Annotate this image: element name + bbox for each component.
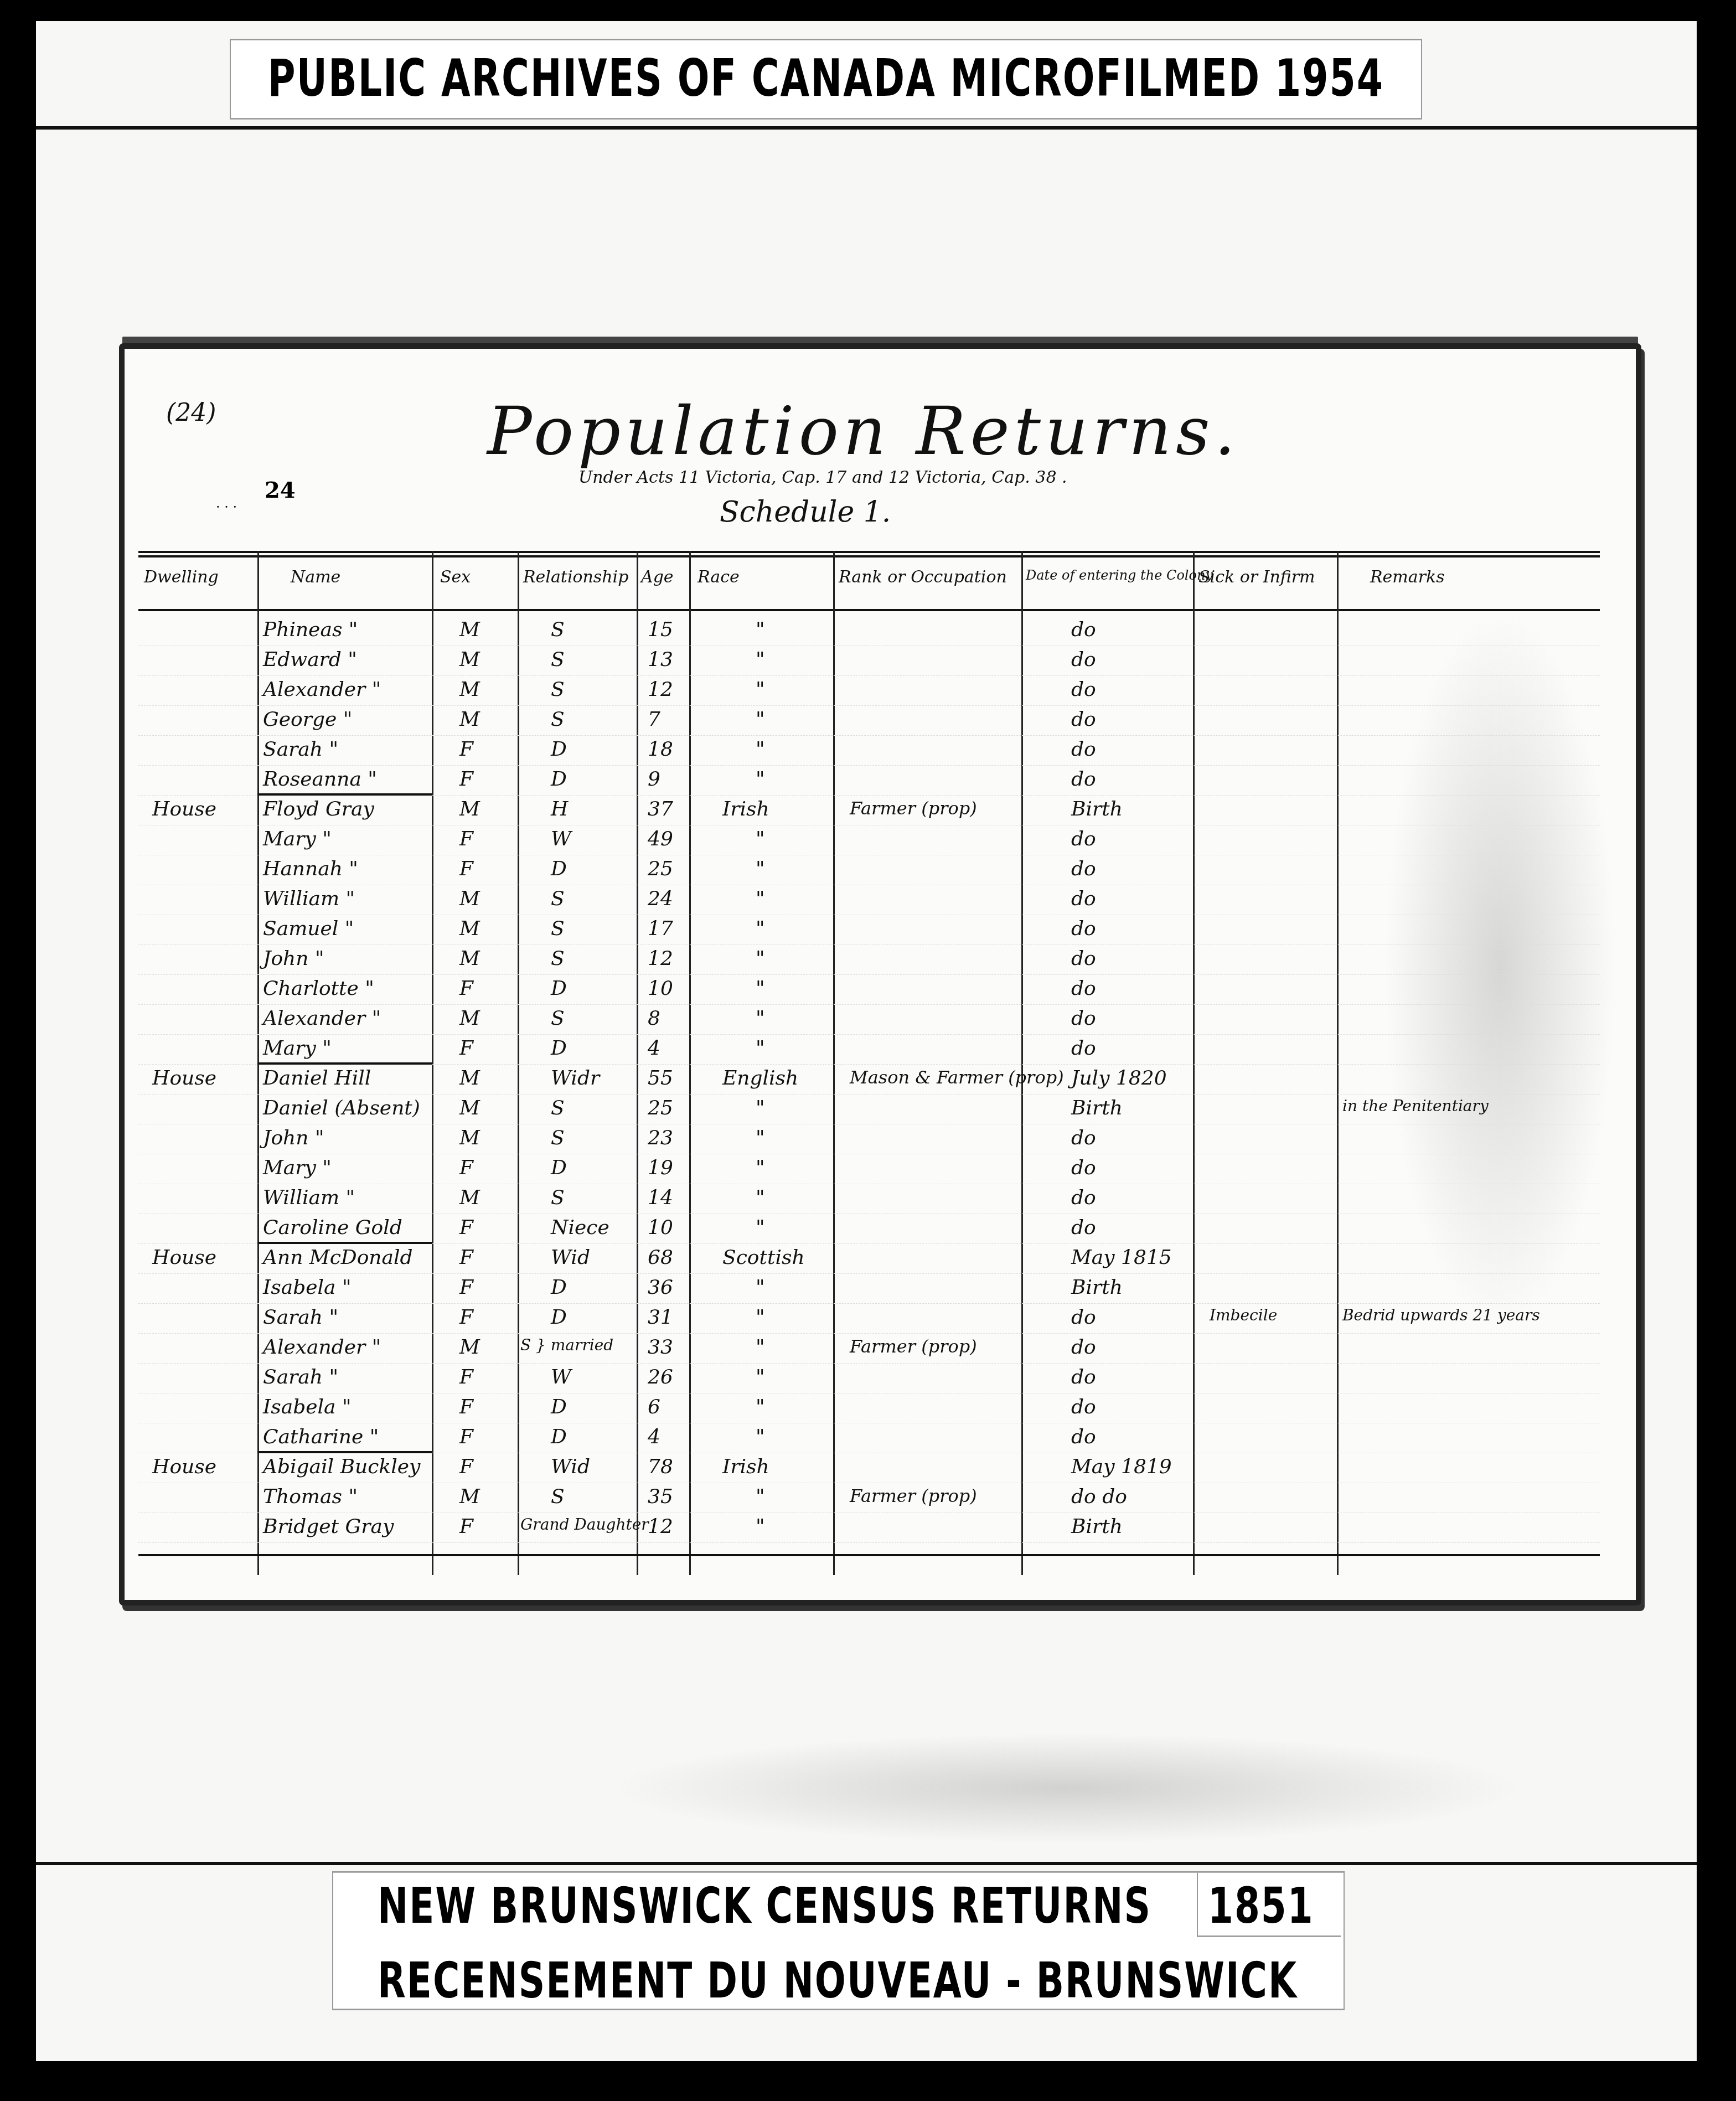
cell-name: Samuel " bbox=[263, 917, 354, 940]
table-row: Phineas "MS15"do bbox=[138, 616, 1600, 646]
cell-race: " bbox=[756, 1336, 765, 1359]
cell-sex: M bbox=[459, 1067, 480, 1090]
cell-date-entering: do bbox=[1071, 1426, 1096, 1448]
header-top-rule bbox=[138, 551, 1600, 557]
cell-sex: F bbox=[459, 858, 473, 880]
table-row: Alexander "MS12"do bbox=[138, 676, 1600, 706]
cell-race: " bbox=[756, 828, 765, 850]
cell-date-entering: do bbox=[1071, 1216, 1096, 1239]
cell-dwelling: House bbox=[152, 1455, 216, 1478]
cell-relationship: S bbox=[551, 1127, 565, 1149]
cell-relationship: W bbox=[551, 1366, 571, 1388]
cell-sex: F bbox=[459, 1396, 473, 1418]
table-row: Charlotte "FD10"do bbox=[138, 975, 1600, 1005]
column-header-remarks: Remarks bbox=[1370, 567, 1445, 587]
cell-name: Alexander " bbox=[263, 678, 381, 701]
cell-name: William " bbox=[263, 1186, 355, 1209]
cell-age: 18 bbox=[648, 738, 673, 761]
cell-name: Edward " bbox=[263, 648, 357, 671]
cell-relationship: D bbox=[551, 858, 567, 880]
cell-sex: F bbox=[459, 1306, 473, 1329]
cell-relationship: S bbox=[551, 947, 565, 970]
cell-race: " bbox=[756, 1515, 765, 1538]
cell-name: Daniel (Absent) bbox=[263, 1097, 420, 1119]
cell-name: Roseanna " bbox=[263, 768, 377, 791]
table-row: Mary "FW49"do bbox=[138, 825, 1600, 855]
cell-race: " bbox=[756, 648, 765, 671]
cell-name: John " bbox=[263, 947, 324, 970]
cell-age: 4 bbox=[648, 1426, 660, 1448]
table-row: Bridget GrayFGrand Daughter12"Birth bbox=[138, 1513, 1600, 1543]
cell-remarks: Bedrid upwards 21 years bbox=[1342, 1306, 1540, 1324]
cell-name: Caroline Gold bbox=[263, 1216, 402, 1239]
cell-race: English bbox=[722, 1067, 798, 1090]
table-row: Sarah "FD31"doImbecileBedrid upwards 21 … bbox=[138, 1304, 1600, 1334]
cell-age: 12 bbox=[648, 1515, 673, 1538]
cell-race: " bbox=[756, 1426, 765, 1448]
cell-age: 25 bbox=[648, 858, 673, 880]
cell-date-entering: do bbox=[1071, 648, 1096, 671]
header-bottom-rule bbox=[138, 609, 1600, 611]
cell-date-entering: do bbox=[1071, 678, 1096, 701]
cell-name: Alexander " bbox=[263, 1007, 381, 1030]
cell-date-entering: do bbox=[1071, 1037, 1096, 1060]
cell-age: 14 bbox=[648, 1186, 673, 1209]
cell-race: " bbox=[756, 1276, 765, 1299]
cell-date-entering: do bbox=[1071, 1186, 1096, 1209]
cell-name: Phineas " bbox=[263, 618, 358, 641]
cell-sex: M bbox=[459, 618, 480, 641]
cell-sex: M bbox=[459, 1127, 480, 1149]
table-row: Alexander "MS } married33"Farmer (prop)d… bbox=[138, 1334, 1600, 1364]
cell-relationship: D bbox=[551, 768, 567, 791]
table-row: Caroline GoldFNiece10"do bbox=[138, 1214, 1600, 1244]
cell-date-entering: do bbox=[1071, 618, 1096, 641]
cell-relationship: W bbox=[551, 828, 571, 850]
cell-age: 17 bbox=[648, 917, 673, 940]
table-row: Edward "MS13"do bbox=[138, 646, 1600, 676]
archive-banner-text: PUBLIC ARCHIVES OF CANADA MICROFILMED 19… bbox=[268, 49, 1384, 109]
cell-occupation: Mason & Farmer (prop) bbox=[850, 1067, 1064, 1088]
table-row: Mary "FD4"do bbox=[138, 1035, 1600, 1065]
cell-relationship: S bbox=[551, 678, 565, 701]
table-row: William "MS14"do bbox=[138, 1184, 1600, 1214]
cell-name: Isabela " bbox=[263, 1396, 352, 1418]
cell-sex: F bbox=[459, 1366, 473, 1388]
table-row: Hannah "FD25"do bbox=[138, 855, 1600, 885]
cell-sex: F bbox=[459, 738, 473, 761]
bottom-divider bbox=[36, 1862, 1697, 1865]
cell-race: " bbox=[756, 1186, 765, 1209]
cell-relationship: S bbox=[551, 618, 565, 641]
table-row: Samuel "MS17"do bbox=[138, 915, 1600, 945]
table-row: Catharine "FD4"do bbox=[138, 1423, 1600, 1453]
cell-date-entering: do bbox=[1071, 1127, 1096, 1149]
cell-race: " bbox=[756, 1037, 765, 1060]
cell-race: " bbox=[756, 1485, 765, 1508]
margin-dots: . . . bbox=[216, 495, 237, 511]
column-header-name: Name bbox=[291, 567, 340, 587]
cell-date-entering: Birth bbox=[1071, 1276, 1123, 1299]
cell-race: " bbox=[756, 1396, 765, 1418]
cell-age: 49 bbox=[648, 828, 673, 850]
archive-banner-bottom: NEW BRUNSWICK CENSUS RETURNS 1851 RECENS… bbox=[332, 1871, 1345, 2010]
cell-date-entering: do bbox=[1071, 887, 1096, 910]
cell-name: Mary " bbox=[263, 1157, 332, 1179]
cell-age: 9 bbox=[648, 768, 660, 791]
cell-race: " bbox=[756, 618, 765, 641]
cell-relationship: D bbox=[551, 1276, 567, 1299]
cell-sick-infirm: Imbecile bbox=[1210, 1306, 1277, 1324]
cell-sex: F bbox=[459, 1276, 473, 1299]
cell-sex: M bbox=[459, 917, 480, 940]
cell-relationship: S bbox=[551, 1007, 565, 1030]
cell-sex: F bbox=[459, 1455, 473, 1478]
census-table: DwellingNameSexRelationshipAgeRaceRank o… bbox=[138, 551, 1600, 1575]
cell-race: " bbox=[756, 1366, 765, 1388]
page-number-printed: 24 bbox=[265, 477, 296, 503]
cell-relationship: D bbox=[551, 1396, 567, 1418]
cell-name: Sarah " bbox=[263, 1306, 338, 1329]
cell-race: " bbox=[756, 678, 765, 701]
cell-date-entering: do bbox=[1071, 858, 1096, 880]
cell-date-entering: May 1815 bbox=[1071, 1246, 1172, 1269]
cell-sex: M bbox=[459, 678, 480, 701]
cell-age: 37 bbox=[648, 798, 673, 820]
table-row: Alexander "MS8"do bbox=[138, 1005, 1600, 1035]
cell-sex: F bbox=[459, 1037, 473, 1060]
cell-race: " bbox=[756, 1216, 765, 1239]
cell-race: " bbox=[756, 947, 765, 970]
cell-date-entering: Birth bbox=[1071, 1515, 1123, 1538]
cell-name: Catharine " bbox=[263, 1426, 379, 1448]
banner-year: 1851 bbox=[1208, 1877, 1314, 1935]
cell-age: 24 bbox=[648, 887, 673, 910]
cell-name: Floyd Gray bbox=[263, 798, 374, 820]
cell-date-entering: do bbox=[1071, 1007, 1096, 1030]
cell-date-entering: do bbox=[1071, 1396, 1096, 1418]
table-row: Sarah "FD18"do bbox=[138, 736, 1600, 766]
cell-sex: F bbox=[459, 1216, 473, 1239]
cell-age: 78 bbox=[648, 1455, 673, 1478]
cell-date-entering: do bbox=[1071, 768, 1096, 791]
cell-relationship: S bbox=[551, 1097, 565, 1119]
cell-relationship: S } married bbox=[520, 1336, 613, 1354]
cell-age: 12 bbox=[648, 947, 673, 970]
cell-relationship: D bbox=[551, 1157, 567, 1179]
cell-dwelling: House bbox=[152, 1246, 216, 1269]
cell-dwelling: House bbox=[152, 1067, 216, 1090]
cell-relationship: Grand Daughter bbox=[520, 1515, 649, 1534]
table-row: HouseDaniel HillMWidr55EnglishMason & Fa… bbox=[138, 1065, 1600, 1095]
cell-name: Daniel Hill bbox=[263, 1067, 371, 1090]
cell-name: Charlotte " bbox=[263, 977, 374, 1000]
cell-date-entering: Birth bbox=[1071, 1097, 1123, 1119]
cell-age: 6 bbox=[648, 1396, 660, 1418]
cell-relationship: S bbox=[551, 1485, 565, 1508]
cell-sex: F bbox=[459, 1515, 473, 1538]
cell-relationship: S bbox=[551, 1186, 565, 1209]
cell-sex: F bbox=[459, 1426, 473, 1448]
column-header-relationship: Relationship bbox=[523, 567, 628, 587]
cell-age: 25 bbox=[648, 1097, 673, 1119]
cell-sex: F bbox=[459, 828, 473, 850]
cell-age: 15 bbox=[648, 618, 673, 641]
cell-age: 33 bbox=[648, 1336, 673, 1359]
cell-sex: M bbox=[459, 1186, 480, 1209]
cell-age: 8 bbox=[648, 1007, 660, 1030]
cell-race: " bbox=[756, 917, 765, 940]
cell-age: 55 bbox=[648, 1067, 673, 1090]
cell-relationship: Widr bbox=[551, 1067, 600, 1090]
cell-date-entering: do bbox=[1071, 1366, 1096, 1388]
cell-date-entering: do bbox=[1071, 828, 1096, 850]
cell-relationship: Niece bbox=[551, 1216, 609, 1239]
cell-race: Scottish bbox=[722, 1246, 805, 1269]
cell-age: 68 bbox=[648, 1246, 673, 1269]
cell-relationship: D bbox=[551, 1306, 567, 1329]
cell-sex: M bbox=[459, 887, 480, 910]
column-header-race: Race bbox=[697, 567, 740, 587]
cell-relationship: S bbox=[551, 887, 565, 910]
cell-relationship: S bbox=[551, 648, 565, 671]
cell-relationship: D bbox=[551, 977, 567, 1000]
table-row: William "MS24"do bbox=[138, 885, 1600, 915]
table-row: HouseAnn McDonaldFWid68ScottishMay 1815 bbox=[138, 1244, 1600, 1274]
top-divider bbox=[36, 126, 1697, 130]
cell-sex: M bbox=[459, 1097, 480, 1119]
cell-name: Thomas " bbox=[263, 1485, 358, 1508]
table-row: Roseanna "FD9"do bbox=[138, 766, 1600, 796]
cell-race: " bbox=[756, 1306, 765, 1329]
table-bottom-rule bbox=[138, 1554, 1600, 1556]
cell-age: 10 bbox=[648, 1216, 673, 1239]
cell-age: 10 bbox=[648, 977, 673, 1000]
ledger-schedule: Schedule 1. bbox=[720, 495, 891, 529]
cell-date-entering: July 1820 bbox=[1071, 1067, 1167, 1090]
cell-date-entering: do bbox=[1071, 977, 1096, 1000]
cell-race: " bbox=[756, 1097, 765, 1119]
cell-sex: M bbox=[459, 1336, 480, 1359]
cell-name: Mary " bbox=[263, 1037, 332, 1060]
cell-age: 4 bbox=[648, 1037, 660, 1060]
cell-race: " bbox=[756, 1127, 765, 1149]
cell-date-entering: May 1819 bbox=[1071, 1455, 1172, 1478]
table-row: Mary "FD19"do bbox=[138, 1154, 1600, 1184]
cell-date-entering: do bbox=[1071, 1336, 1096, 1359]
cell-name: Isabela " bbox=[263, 1276, 352, 1299]
cell-age: 12 bbox=[648, 678, 673, 701]
cell-name: George " bbox=[263, 708, 352, 731]
cell-date-entering: do bbox=[1071, 1306, 1096, 1329]
cell-race: " bbox=[756, 1007, 765, 1030]
cell-name: Abigail Buckley bbox=[263, 1455, 420, 1478]
cell-date-entering: do bbox=[1071, 947, 1096, 970]
table-row: Sarah "FW26"do bbox=[138, 1364, 1600, 1393]
cell-name: Hannah " bbox=[263, 858, 358, 880]
table-row: George "MS7"do bbox=[138, 706, 1600, 736]
table-row: Daniel (Absent)MS25"Birthin the Penitent… bbox=[138, 1095, 1600, 1124]
cell-occupation: Farmer (prop) bbox=[850, 798, 977, 819]
cell-name: John " bbox=[263, 1127, 324, 1149]
column-header-occupation: Rank or Occupation bbox=[839, 567, 1007, 587]
cell-name: Sarah " bbox=[263, 1366, 338, 1388]
cell-race: " bbox=[756, 708, 765, 731]
cell-sex: M bbox=[459, 1485, 480, 1508]
cell-relationship: D bbox=[551, 738, 567, 761]
cell-race: Irish bbox=[722, 1455, 769, 1478]
cell-race: " bbox=[756, 977, 765, 1000]
table-row: Thomas "MS35"Farmer (prop)do do bbox=[138, 1483, 1600, 1513]
cell-race: " bbox=[756, 768, 765, 791]
cell-sex: M bbox=[459, 648, 480, 671]
table-row: HouseFloyd GrayMH37IrishFarmer (prop)Bir… bbox=[138, 796, 1600, 825]
cell-name: Sarah " bbox=[263, 738, 338, 761]
ledger-title: Population Returns. bbox=[487, 393, 1240, 470]
cell-sex: M bbox=[459, 947, 480, 970]
archive-banner-top: PUBLIC ARCHIVES OF CANADA MICROFILMED 19… bbox=[230, 39, 1422, 120]
cell-race: " bbox=[756, 738, 765, 761]
cell-age: 31 bbox=[648, 1306, 673, 1329]
cell-age: 7 bbox=[648, 708, 660, 731]
cell-sex: M bbox=[459, 1007, 480, 1030]
column-header-sick-infirm: Sick or Infirm bbox=[1198, 567, 1315, 587]
banner-line-french: RECENSEMENT DU NOUVEAU - BRUNSWICK bbox=[378, 1952, 1298, 2010]
cell-race: " bbox=[756, 887, 765, 910]
page-number-handwritten: (24) bbox=[166, 399, 216, 427]
ledger-subtitle: Under Acts 11 Victoria, Cap. 17 and 12 V… bbox=[578, 468, 1067, 487]
cell-relationship: D bbox=[551, 1037, 567, 1060]
table-row: HouseAbigail BuckleyFWid78IrishMay 1819 bbox=[138, 1453, 1600, 1483]
cell-occupation: Farmer (prop) bbox=[850, 1336, 977, 1357]
column-header-dwelling: Dwelling bbox=[144, 567, 219, 587]
cell-dwelling: House bbox=[152, 798, 216, 820]
cell-name: William " bbox=[263, 887, 355, 910]
cell-sex: F bbox=[459, 768, 473, 791]
cell-date-entering: do bbox=[1071, 1157, 1096, 1179]
cell-sex: F bbox=[459, 1157, 473, 1179]
cell-date-entering: do do bbox=[1071, 1485, 1127, 1508]
cell-relationship: Wid bbox=[551, 1455, 590, 1478]
cell-name: Bridget Gray bbox=[263, 1515, 394, 1538]
cell-remarks: in the Penitentiary bbox=[1342, 1097, 1489, 1115]
cell-age: 36 bbox=[648, 1276, 673, 1299]
cell-age: 26 bbox=[648, 1366, 673, 1388]
cell-sex: M bbox=[459, 798, 480, 820]
cell-date-entering: do bbox=[1071, 917, 1096, 940]
column-header-date-entering: Date of entering the Colony bbox=[1026, 567, 1213, 583]
cell-date-entering: do bbox=[1071, 708, 1096, 731]
table-row: Isabela "FD6"do bbox=[138, 1393, 1600, 1423]
cell-sex: M bbox=[459, 708, 480, 731]
cell-age: 23 bbox=[648, 1127, 673, 1149]
cell-race: " bbox=[756, 1157, 765, 1179]
cell-date-entering: Birth bbox=[1071, 798, 1123, 820]
column-header-sex: Sex bbox=[440, 567, 471, 587]
table-row: Isabela "FD36"Birth bbox=[138, 1274, 1600, 1304]
cell-sex: F bbox=[459, 1246, 473, 1269]
cell-relationship: D bbox=[551, 1426, 567, 1448]
cell-relationship: S bbox=[551, 917, 565, 940]
cell-name: Mary " bbox=[263, 828, 332, 850]
cell-date-entering: do bbox=[1071, 738, 1096, 761]
table-row: John "MS23"do bbox=[138, 1124, 1600, 1154]
table-row: John "MS12"do bbox=[138, 945, 1600, 975]
cell-race: Irish bbox=[722, 798, 769, 820]
cell-race: " bbox=[756, 858, 765, 880]
column-header-age: Age bbox=[641, 567, 674, 587]
banner-line-english: NEW BRUNSWICK CENSUS RETURNS bbox=[378, 1877, 1151, 1935]
cell-occupation: Farmer (prop) bbox=[850, 1485, 977, 1506]
cell-name: Ann McDonald bbox=[263, 1246, 413, 1269]
film-smudge bbox=[609, 1733, 1522, 1844]
cell-age: 35 bbox=[648, 1485, 673, 1508]
cell-age: 13 bbox=[648, 648, 673, 671]
cell-name: Alexander " bbox=[263, 1336, 381, 1359]
cell-sex: F bbox=[459, 977, 473, 1000]
cell-age: 19 bbox=[648, 1157, 673, 1179]
cell-relationship: S bbox=[551, 708, 565, 731]
cell-relationship: H bbox=[551, 798, 568, 820]
cell-relationship: Wid bbox=[551, 1246, 590, 1269]
